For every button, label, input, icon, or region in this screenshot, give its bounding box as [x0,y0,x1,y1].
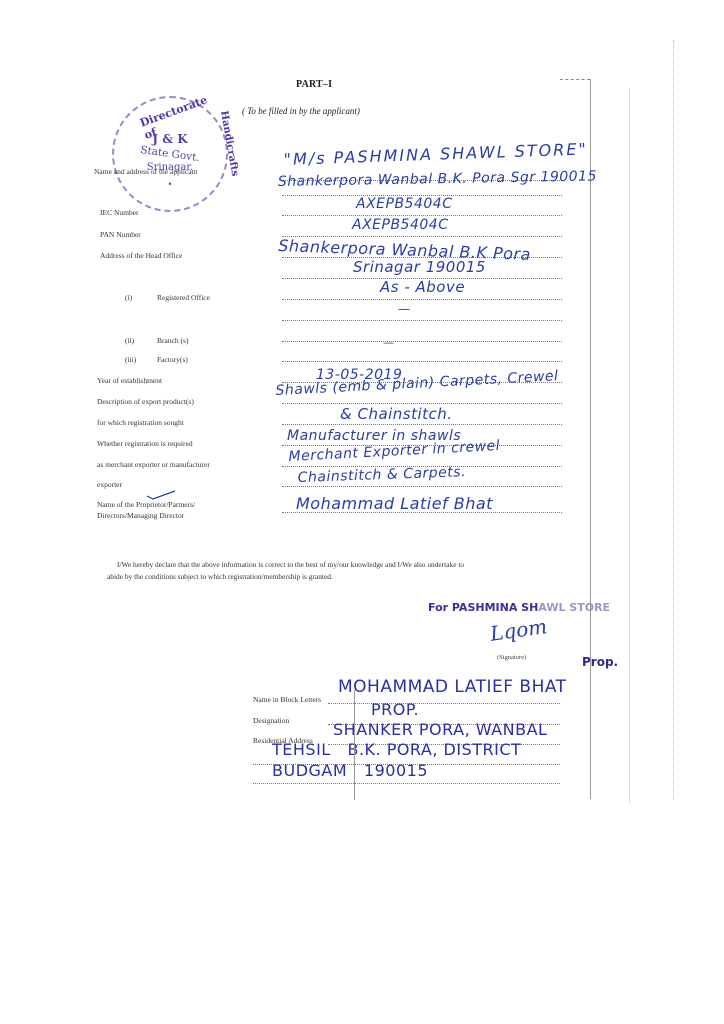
label-registration-required: Whether registration is required [97,439,193,448]
value-products-2: & Chainstitch. [340,405,453,423]
label-iec: IEC Number [100,208,139,217]
field-line [282,403,562,404]
value-applicant-name: "M/s PASHMINA SHAWL STORE" [283,139,588,169]
label-name-address: Name and address of the applicant [94,167,198,176]
label-registered-office: Registered Office [157,293,210,302]
field-line [282,486,562,487]
label-num-registered: (i) [125,293,132,302]
label-num-factory: (iii) [125,355,136,364]
field-line [282,299,562,300]
page-title: PART–I [296,79,332,90]
value-address-1: SHANKER PORA, WANBAL [333,720,547,739]
value-branch: — [383,336,395,349]
value-designation: PROP. [371,700,419,719]
scan-line [629,88,630,803]
value-head-office-2: Srinagar 190015 [353,258,486,276]
value-name-block: MOHAMMAD LATIEF BHAT [338,677,567,697]
value-iec: AXEPB5404C [356,196,452,212]
form-border-top-tick [560,79,590,80]
label-head-office: Address of the Head Office [100,251,182,260]
field-line [253,783,560,784]
official-stamp: Directorate of Handicrafts J & K State G… [112,96,228,212]
label-exporter: exporter [97,480,122,489]
designation-stamp: Prop. [582,655,618,669]
label-description: Description of export product(s) [97,397,194,406]
label-proprietor: Name of the Proprietor/Partners/ [97,500,195,509]
label-designation: Designation [253,716,289,725]
field-line [282,341,562,342]
label-pan: PAN Number [100,230,141,239]
label-name-block: Name in Block Letters [253,695,321,704]
check-mark-icon [145,490,185,500]
field-line [282,361,562,362]
label-year: Year of establishment [97,376,162,385]
signature: Lqom [489,614,549,646]
company-stamp: For PASHMINA SHAWL STORE [428,601,610,614]
value-address-2: TEHSIL B.K. PORA, DISTRICT [272,740,521,759]
value-applicant-address: Shankerpora Wanbal B.K. Pora Sgr 190015 [278,168,597,190]
label-branch: Branch (s) [157,336,188,345]
value-registered-office: As - Above [380,278,465,296]
stamp-star: • [114,180,226,189]
declaration-line-1: I/We hereby declare that the above infor… [117,560,464,569]
value-address-3: BUDGAM 190015 [272,761,428,780]
address-divider [354,690,355,800]
page-subtitle: ( To be filled in by the applicant) [242,106,360,116]
field-line [282,215,562,216]
label-registration-sought: for which registration sought [97,418,184,427]
label-merchant-manufacturer: as merchant exporter or manufacturer [97,460,210,469]
label-proprietor-2: Directors/Managing Director [97,511,184,520]
label-factory: Factory(s) [157,355,188,364]
value-registration-type-3: Chainstitch & Carpets. [297,464,466,486]
value-proprietor: Mohammad Latief Bhat [296,494,493,513]
form-border-right [590,79,591,799]
company-stamp-bold: For PASHMINA SH [428,601,538,614]
value-pan: AXEPB5404C [352,217,448,233]
scan-line [673,40,674,800]
label-num-branch: (ii) [125,336,134,345]
field-line [282,320,562,321]
value-registered-office-2: — [398,302,411,316]
company-stamp-faded: AWL STORE [538,601,610,614]
field-line [328,703,560,704]
declaration-line-2: abide by the conditions subject to which… [107,572,333,581]
field-line [282,424,562,425]
signature-caption: (Signature) [497,654,526,661]
